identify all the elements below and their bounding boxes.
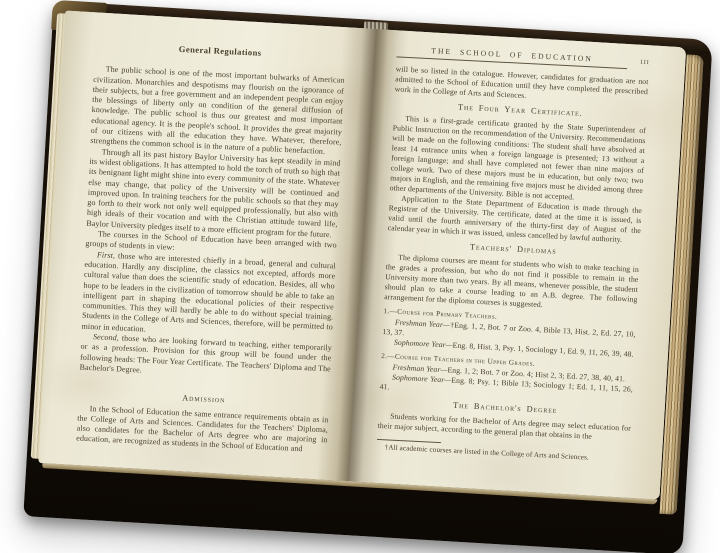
paragraph-public-school: The public school is one of the most imp… xyxy=(90,64,345,158)
open-book: General Regulations The public school is… xyxy=(23,1,712,553)
course1-sophomore-label: Sophomore Year— xyxy=(394,338,453,350)
book-photo-scene: General Regulations The public school is… xyxy=(0,0,720,553)
second-label: Second, xyxy=(93,332,119,342)
paragraph-certificate-conditions: This is a first-grade certificate grante… xyxy=(389,113,646,206)
paragraph-baylor-history: Through all its past history Baylor Univ… xyxy=(86,146,341,240)
page-number: 111 xyxy=(627,57,650,70)
paragraph-first-group: First, those who are interested chiefly … xyxy=(81,249,336,343)
first-label: First, xyxy=(97,250,116,260)
right-page: THE SCHOOL OF EDUCATION 111 will be so l… xyxy=(349,29,686,500)
left-page: General Regulations The public school is… xyxy=(38,11,375,482)
left-page-content: General Regulations The public school is… xyxy=(75,40,346,474)
paragraph-admission: In the School of Education the same entr… xyxy=(76,403,329,456)
paragraph-diplomas-intro: The diploma courses are meant for studen… xyxy=(384,252,639,315)
right-page-content: THE SCHOOL OF EDUCATION 111 will be so l… xyxy=(375,44,650,492)
left-page-heading: General Regulations xyxy=(95,40,346,62)
footnote: †All academic courses are listed in the … xyxy=(376,442,629,465)
first-text: those who are interested chiefly in a br… xyxy=(81,251,336,333)
page-spread: General Regulations The public school is… xyxy=(38,11,686,500)
course2-sophomore-label: Sophomore Year— xyxy=(392,373,452,385)
